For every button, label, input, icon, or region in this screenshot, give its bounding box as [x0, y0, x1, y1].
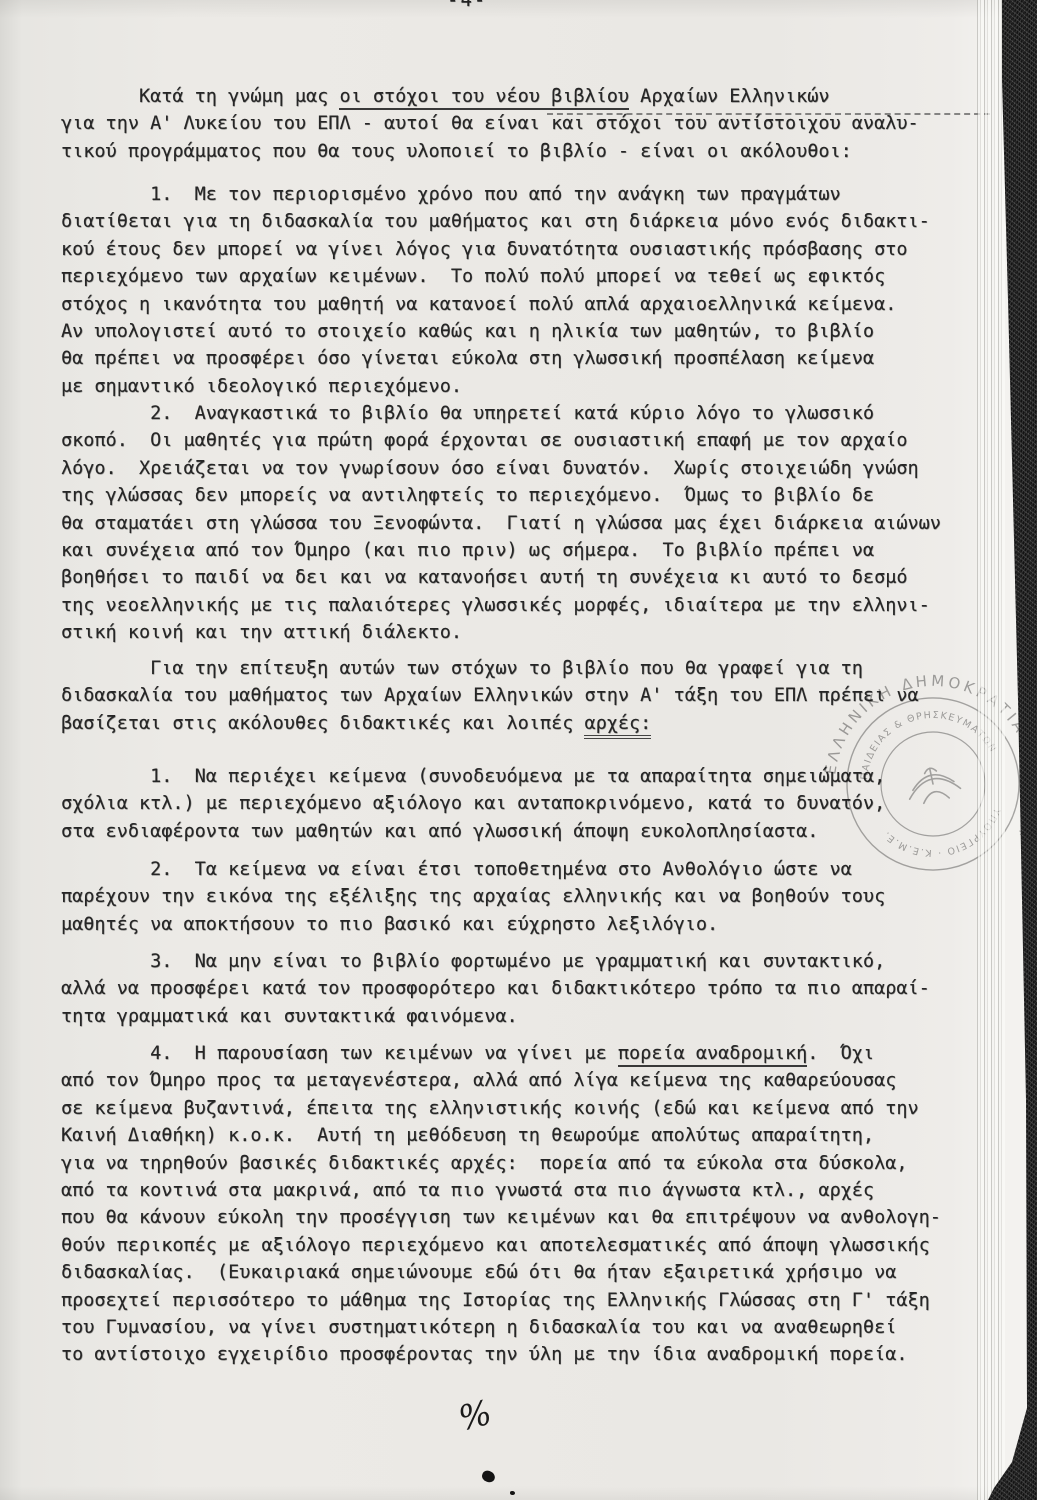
text-line: βασίζεται στις ακόλουθες διδακτικές και …: [61, 710, 973, 737]
ink-blot: [481, 1469, 497, 1484]
text-line: με σημαντικό ιδεολογικό περιεχόμενο.: [61, 373, 973, 400]
text-line: περιεχόμενο των αρχαίων κειμένων. Το πολ…: [61, 263, 973, 290]
text-line: από τα κοντινά στα μακρινά, από τα πιο γ…: [61, 1177, 973, 1204]
text-line: σε κείμενα βυζαντινά, έπειτα της ελληνισ…: [61, 1095, 973, 1122]
text-line: Αν υπολογιστεί αυτό το στοιχείο καθώς κα…: [61, 318, 973, 345]
text-line: στόχος η ικανότητα του μαθητή να κατανοε…: [61, 291, 973, 318]
text-line: από τον Όμηρο προς τα μεταγενέστερα, αλλ…: [61, 1067, 973, 1094]
paragraph-principle-1: 1. Να περιέχει κείμενα (συνοδευόμενα με …: [61, 763, 973, 845]
text-line: στα ενδιαφέροντα των μαθητών και από γλω…: [61, 818, 973, 845]
paragraph-transition: Για την επίτευξη αυτών των στόχων το βιβ…: [61, 655, 973, 737]
text-line: σχόλια κτλ.) με περιεχόμενο αξιόλογο και…: [61, 790, 973, 817]
text-line: μαθητές να αποκτήσουν το πιο βασικό και …: [61, 911, 973, 938]
ink-speck: [510, 1491, 515, 1495]
underlined-phrase: αρχές:: [584, 713, 651, 739]
text-line: σκοπό. Οι μαθητές για πρώτη φορά έρχοντα…: [61, 427, 973, 454]
page-stack-edge: [977, 0, 1005, 1500]
text-line: διατίθεται για τη διδασκαλία του μαθήματ…: [61, 208, 973, 235]
text-line: για να τηρηθούν βασικές διδακτικές αρχές…: [61, 1150, 973, 1177]
paragraph-principle-2: 2. Τα κείμενα να είναι έτσι τοποθετημένα…: [61, 856, 973, 938]
text-line: της γλώσσας δεν μπορείς να αντιληφτείς τ…: [61, 482, 973, 509]
text-line: 4. Η παρουσίαση των κειμένων να γίνει με…: [61, 1040, 973, 1067]
text-line: Για την επίτευξη αυτών των στόχων το βιβ…: [61, 655, 973, 682]
text-line: διδασκαλίας. (Ευκαιριακά σημειώνουμε εδώ…: [61, 1259, 973, 1286]
underlined-phrase: πορεία αναδρομική: [618, 1043, 807, 1067]
underlined-phrase: οι στόχοι του νέου βιβλίου: [339, 86, 629, 110]
paragraph-point-2: 2. Αναγκαστικά το βιβλίο θα υπηρετεί κατ…: [61, 400, 973, 647]
text-line: τητα γραμματικά και συντακτικά φαινόμενα…: [61, 1003, 973, 1030]
text-line: βοηθήσει το παιδί να δει και να κατανοήσ…: [61, 564, 973, 591]
text-line: θα σταματάει στη γλώσσα του Ξενοφώντα. Γ…: [61, 510, 973, 537]
text-line: 3. Να μην είναι το βιβλίο φορτωμένο με γ…: [61, 948, 973, 975]
text-line: Κατά τη γνώμη μας οι στόχοι του νέου βιβ…: [61, 83, 973, 110]
text-line: το αντίστοιχο εγχειρίδιο προσφέροντας τη…: [61, 1341, 973, 1368]
text-line: και συνέχεια από τον Όμηρο (και πιο πριν…: [61, 537, 973, 564]
text-line: λόγο. Χρειάζεται να τον γνωρίσουν όσο εί…: [61, 455, 973, 482]
text-line: που θα κάνουν εύκολη την προσέγγιση των …: [61, 1204, 973, 1231]
text-line: Καινή Διαθήκη) κ.ο.κ. Αυτή τη μεθόδευση …: [61, 1122, 973, 1149]
scanned-document-page: -4- Κατά τη γνώμη μας οι στόχοι του νέου…: [0, 0, 1037, 1500]
text-line: 1. Να περιέχει κείμενα (συνοδευόμενα με …: [61, 763, 973, 790]
text-line: τικού προγράμματος που θα τους υλοποιεί …: [61, 138, 973, 165]
paragraph-principle-4: 4. Η παρουσίαση των κειμένων να γίνει με…: [61, 1040, 973, 1369]
text-line: στική κοινή και την αττική διάλεκτο.: [61, 619, 973, 646]
handwritten-checkmark: %: [455, 1393, 496, 1440]
text-line: 1. Με τον περιορισμένο χρόνο που από την…: [61, 181, 973, 208]
text-line: κού έτους δεν μπορεί να γίνει λόγος για …: [61, 236, 973, 263]
typed-underline-mark: [547, 113, 990, 115]
text-line: προσεχτεί περισσότερο το μάθημα της Ιστο…: [61, 1287, 973, 1314]
paragraph-point-1: 1. Με τον περιορισμένο χρόνο που από την…: [61, 181, 973, 400]
text-line: θούν περικοπές με αξιόλογο περιεχόμενο κ…: [61, 1232, 973, 1259]
text-line: της νεοελληνικής με τις παλαιότερες γλωσ…: [61, 592, 973, 619]
text-line: θα πρέπει να προσφέρει όσο γίνεται εύκολ…: [61, 345, 973, 372]
text-line: του Γυμνασίου, να γίνει συστηματικότερη …: [61, 1314, 973, 1341]
text-line: 2. Αναγκαστικά το βιβλίο θα υπηρετεί κατ…: [61, 400, 973, 427]
paragraph-principle-3: 3. Να μην είναι το βιβλίο φορτωμένο με γ…: [61, 948, 973, 1030]
text-line: παρέχουν την εικόνα της εξέλιξης της αρχ…: [61, 883, 973, 910]
page-number: -4-: [447, 0, 487, 11]
paragraph-intro: Κατά τη γνώμη μας οι στόχοι του νέου βιβ…: [61, 83, 973, 165]
text-line: αλλά να προσφέρει κατά τον προσφορότερο …: [61, 975, 973, 1002]
text-line: 2. Τα κείμενα να είναι έτσι τοποθετημένα…: [61, 856, 973, 883]
text-line: διδασκαλία του μαθήματος των Αρχαίων Ελλ…: [61, 682, 973, 709]
